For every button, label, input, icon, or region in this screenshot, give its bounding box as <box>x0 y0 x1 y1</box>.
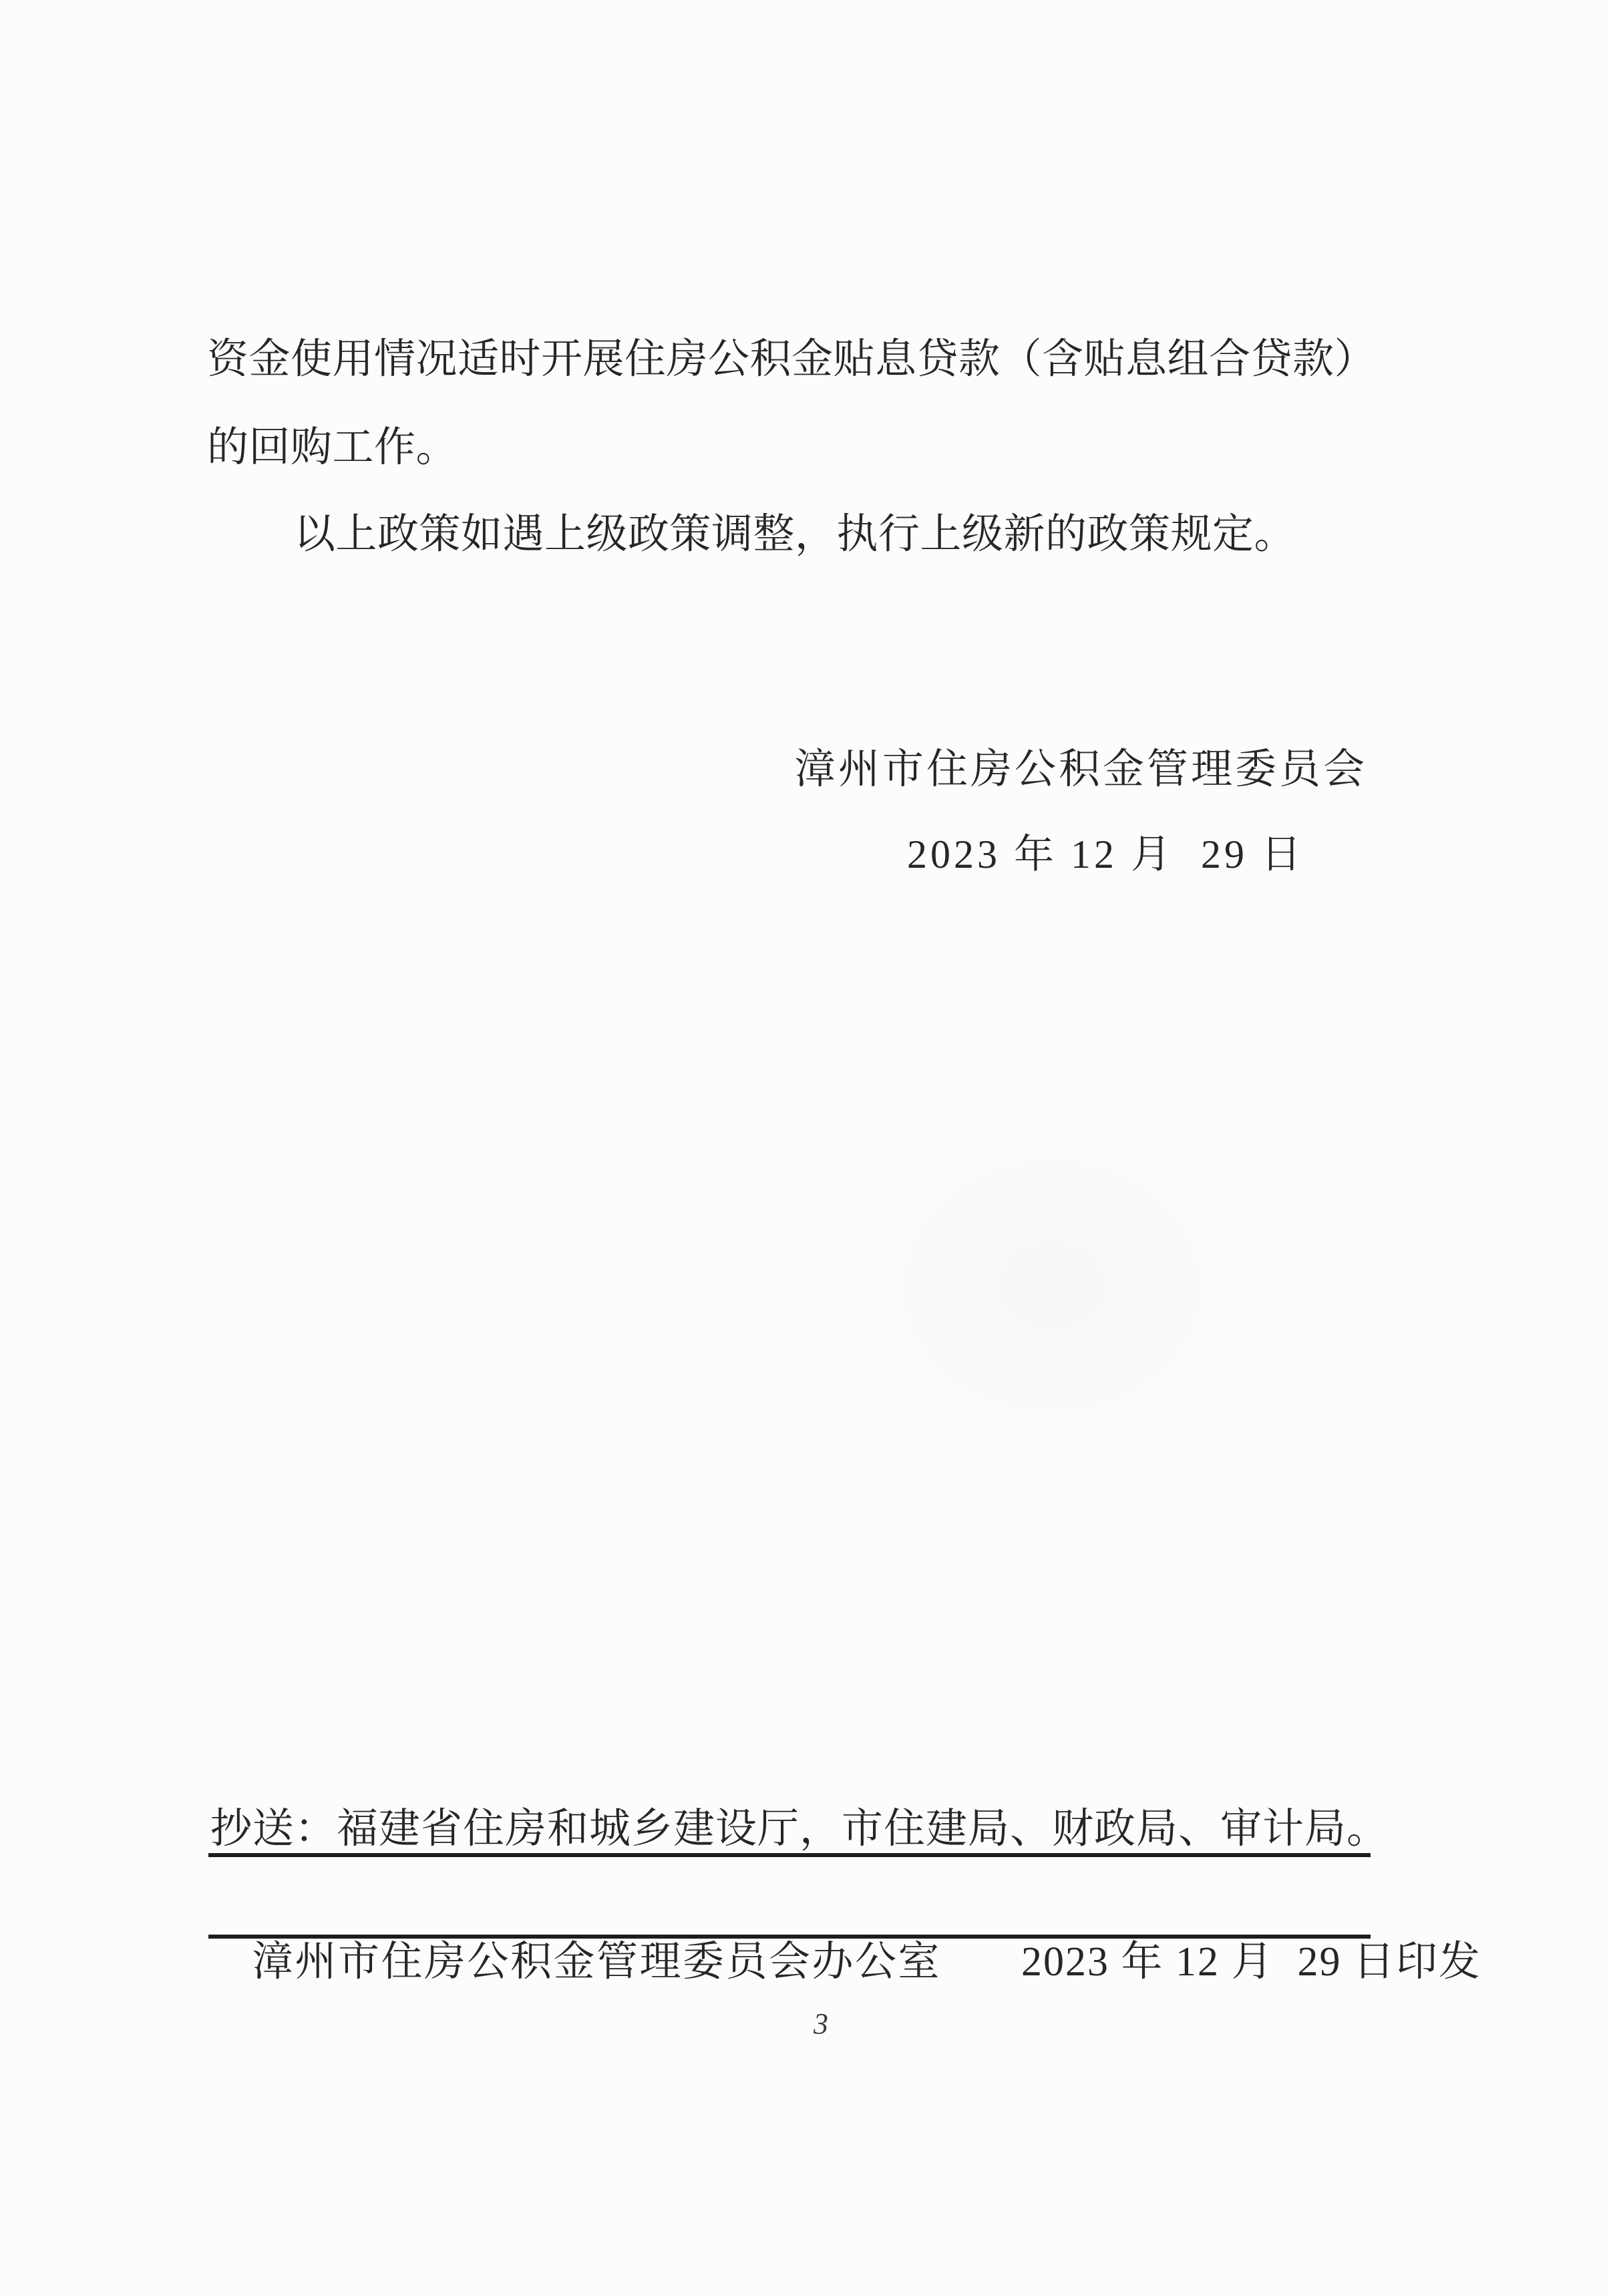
footer-issuer-office: 漳州市住房公积金管理委员会办公室 <box>252 1939 941 1985</box>
footer-cc-line: 抄送：福建省住房和城乡建设厅，市住建局、财政局、审计局。 <box>210 1806 1389 1852</box>
body-paragraph-line-3: 以上政策如遇上级政策调整，执行上级新的政策规定。 <box>207 512 1296 557</box>
page-number: 3 <box>814 2008 828 2040</box>
signature-organization: 漳州市住房公积金管理委员会 <box>794 747 1367 792</box>
signature-date: 2023 年 12 月 29 日 <box>907 832 1304 877</box>
body-paragraph-line-2: 的回购工作。 <box>207 425 458 470</box>
footer-separator-rule-bottom <box>208 1935 1371 1939</box>
footer-issue-row: 漳州市住房公积金管理委员会办公室2023 年 12 月 29 日印发 <box>210 1894 1481 2030</box>
footer-issue-date: 2023 年 12 月 29 日印发 <box>1021 1939 1481 1985</box>
body-paragraph-line-1: 资金使用情况适时开展住房公积金贴息贷款（含贴息组合贷款） <box>207 337 1376 382</box>
footer-separator-rule-top <box>208 1853 1371 1857</box>
document-page: 资金使用情况适时开展住房公积金贴息贷款（含贴息组合贷款） 的回购工作。 以上政策… <box>0 0 1609 2296</box>
